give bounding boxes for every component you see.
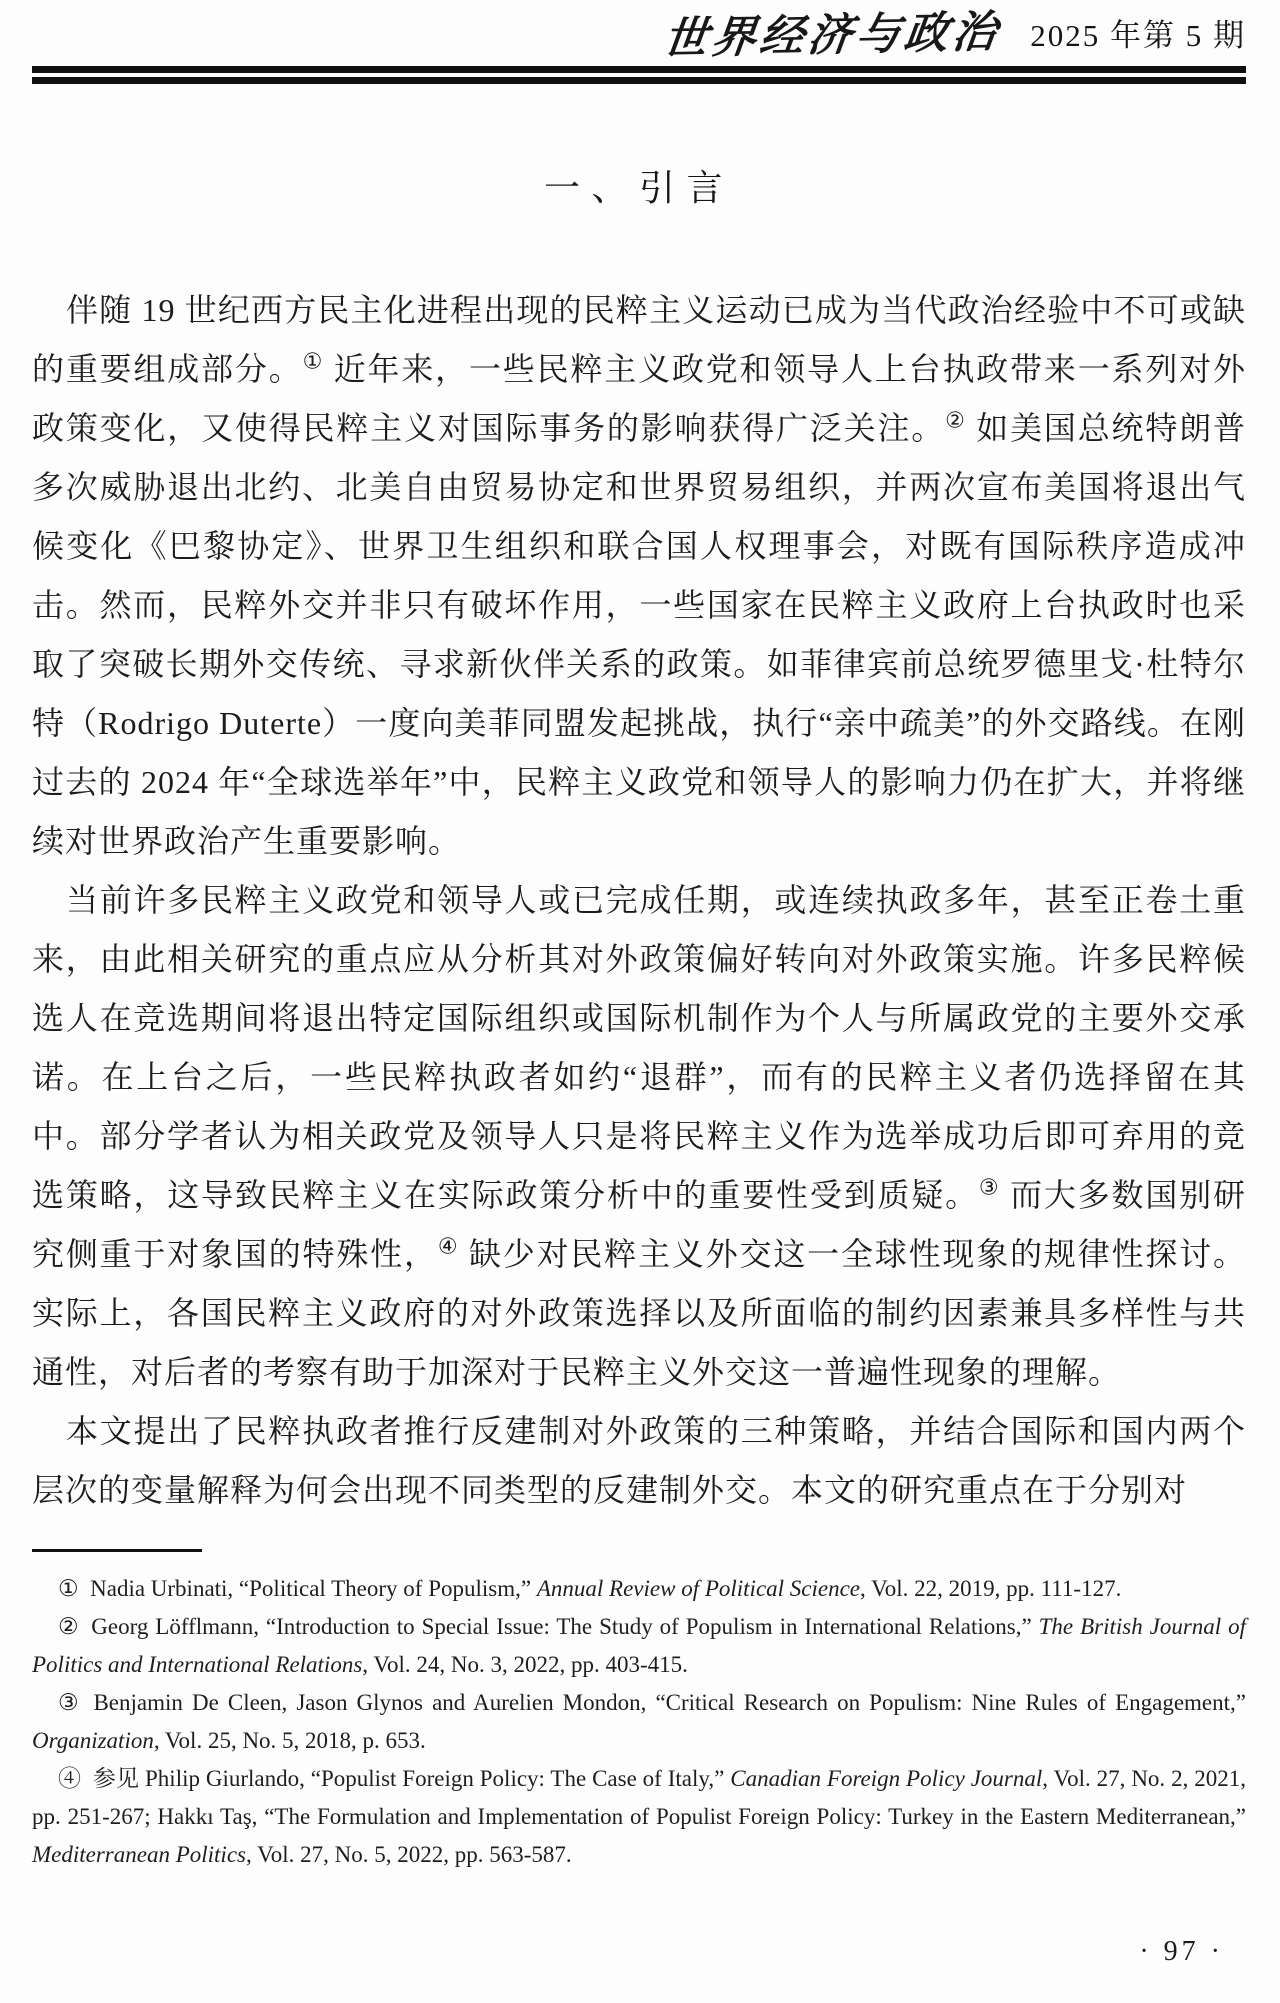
issue-label: 2025 年第 5 期 — [1030, 10, 1246, 62]
footnote-text: , Vol. 25, No. 5, 2018, p. 653. — [154, 1728, 426, 1753]
footnote-text: ④ 参见 Philip Giurlando, “Populist Foreign… — [58, 1766, 730, 1791]
body-paragraph-2: 当前许多民粹主义政党和领导人或已完成任期，或连续执政多年，甚至正卷土重来，由此相… — [32, 871, 1246, 1402]
page-number: · 97 · — [1139, 1936, 1224, 1968]
journal-title-italic: Mediterranean Politics — [32, 1842, 246, 1867]
footnote-text: ③ Benjamin De Cleen, Jason Glynos and Au… — [58, 1690, 1246, 1715]
footnote-text: ① Nadia Urbinati, “Political Theory of P… — [58, 1576, 537, 1601]
body-paragraph-1: 伴随 19 世纪西方民主化进程出现的民粹主义运动已成为当代政治经验中不可或缺的重… — [32, 281, 1246, 871]
footnote-text: , Vol. 27, No. 5, 2022, pp. 563-587. — [246, 1842, 572, 1867]
footnote-divider — [32, 1549, 202, 1552]
footnote-3: ③ Benjamin De Cleen, Jason Glynos and Au… — [32, 1684, 1246, 1760]
paper-page: 世界经济与政治2025 年第 5 期 一、引言 伴随 19 世纪西方民主化进程出… — [0, 0, 1280, 2003]
footnote-2: ② Georg Löfflmann, “Introduction to Spec… — [32, 1608, 1246, 1684]
footnote-text: ② Georg Löfflmann, “Introduction to Spec… — [58, 1614, 1039, 1639]
footnote-4: ④ 参见 Philip Giurlando, “Populist Foreign… — [32, 1760, 1246, 1874]
journal-title-italic: Organization — [32, 1728, 154, 1753]
body-text: 伴随 19 世纪西方民主化进程出现的民粹主义运动已成为当代政治经验中不可或缺的重… — [32, 281, 1246, 1520]
footnote-text: , Vol. 22, 2019, pp. 111-127. — [860, 1576, 1121, 1601]
journal-masthead: 世界经济与政治2025 年第 5 期 — [32, 10, 1246, 62]
section-title: 一、引言 — [32, 160, 1246, 211]
header-rule-top — [32, 66, 1246, 73]
header-rule-bottom — [32, 77, 1246, 84]
footnote-text: , Vol. 24, No. 3, 2022, pp. 403-415. — [362, 1652, 688, 1677]
journal-calligraphy-logo: 世界经济与政治 — [661, 6, 1004, 65]
body-paragraph-3: 本文提出了民粹执政者推行反建制对外政策的三种策略，并结合国际和国内两个层次的变量… — [32, 1402, 1246, 1520]
journal-title-italic: Canadian Foreign Policy Journal — [730, 1766, 1042, 1791]
footnote-1: ① Nadia Urbinati, “Political Theory of P… — [32, 1570, 1246, 1608]
journal-title-italic: Annual Review of Political Science — [537, 1576, 860, 1601]
footnotes-block: ① Nadia Urbinati, “Political Theory of P… — [32, 1570, 1246, 1874]
